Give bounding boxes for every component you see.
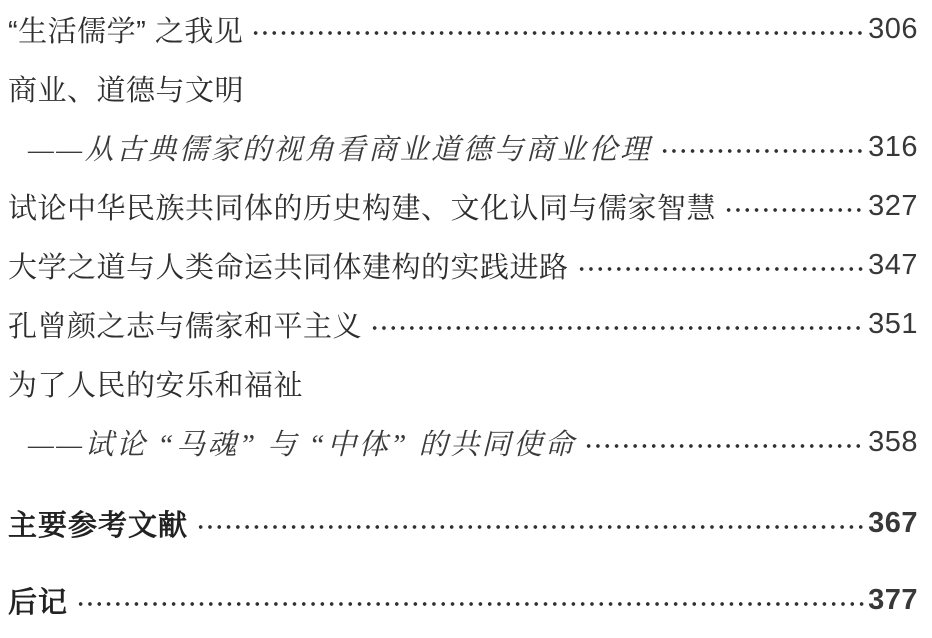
toc-list: “生活儒学” 之我见 306 商业、道德与文明 ——从古典儒家的视角看商业道德与… <box>8 0 918 630</box>
entry-title: 大学之道与人类命运共同体建构的实践进路 <box>8 245 569 286</box>
entry-page-number: 327 <box>868 190 918 223</box>
toc-entry-row: ——试论 “马魂” 与 “中体” 的共同使命 358 <box>8 413 918 472</box>
entry-title: ——从古典儒家的视角看商业道德与商业伦理 <box>8 127 652 168</box>
toc-entry-row: 商业、道德与文明 <box>8 59 918 118</box>
dot-leader <box>584 441 864 451</box>
dot-leader <box>660 146 865 156</box>
toc-entry-row: 大学之道与人类命运共同体建构的实践进路 347 <box>8 236 918 295</box>
dot-leader <box>370 323 864 333</box>
dot-leader <box>196 522 864 532</box>
toc-entry-row: 主要参考文献 367 <box>8 494 918 553</box>
toc-page: “生活儒学” 之我见 306 商业、道德与文明 ——从古典儒家的视角看商业道德与… <box>0 0 932 638</box>
entry-title: 主要参考文献 <box>8 503 188 544</box>
dot-leader <box>577 264 865 274</box>
dot-leader <box>251 28 864 38</box>
entry-title: 为了人民的安乐和福祉 <box>8 363 303 404</box>
entry-page-number: 358 <box>868 426 918 459</box>
entry-page-number: 367 <box>868 507 918 540</box>
toc-entry-row: “生活儒学” 之我见 306 <box>8 0 918 59</box>
toc-entry-row: ——从古典儒家的视角看商业道德与商业伦理 316 <box>8 118 918 177</box>
toc-entry-row: 试论中华民族共同体的历史构建、文化认同与儒家智慧 327 <box>8 177 918 236</box>
entry-title: ——试论 “马魂” 与 “中体” 的共同使命 <box>8 422 576 463</box>
entry-title: 商业、道德与文明 <box>8 68 244 109</box>
entry-title: 孔曾颜之志与儒家和平主义 <box>8 304 362 345</box>
entry-title: 后记 <box>8 580 68 621</box>
entry-page-number: 316 <box>868 131 918 164</box>
toc-entry-row: 孔曾颜之志与儒家和平主义 351 <box>8 295 918 354</box>
dot-leader <box>724 205 864 215</box>
dot-leader <box>76 599 864 609</box>
entry-page-number: 306 <box>868 13 918 46</box>
toc-entry-row: 后记 377 <box>8 571 918 630</box>
entry-title: “生活儒学” 之我见 <box>8 9 243 50</box>
entry-page-number: 377 <box>868 584 918 617</box>
entry-page-number: 351 <box>868 308 918 341</box>
entry-title: 试论中华民族共同体的历史构建、文化认同与儒家智慧 <box>8 186 716 227</box>
entry-page-number: 347 <box>868 249 918 282</box>
toc-entry-row: 为了人民的安乐和福祉 <box>8 354 918 413</box>
